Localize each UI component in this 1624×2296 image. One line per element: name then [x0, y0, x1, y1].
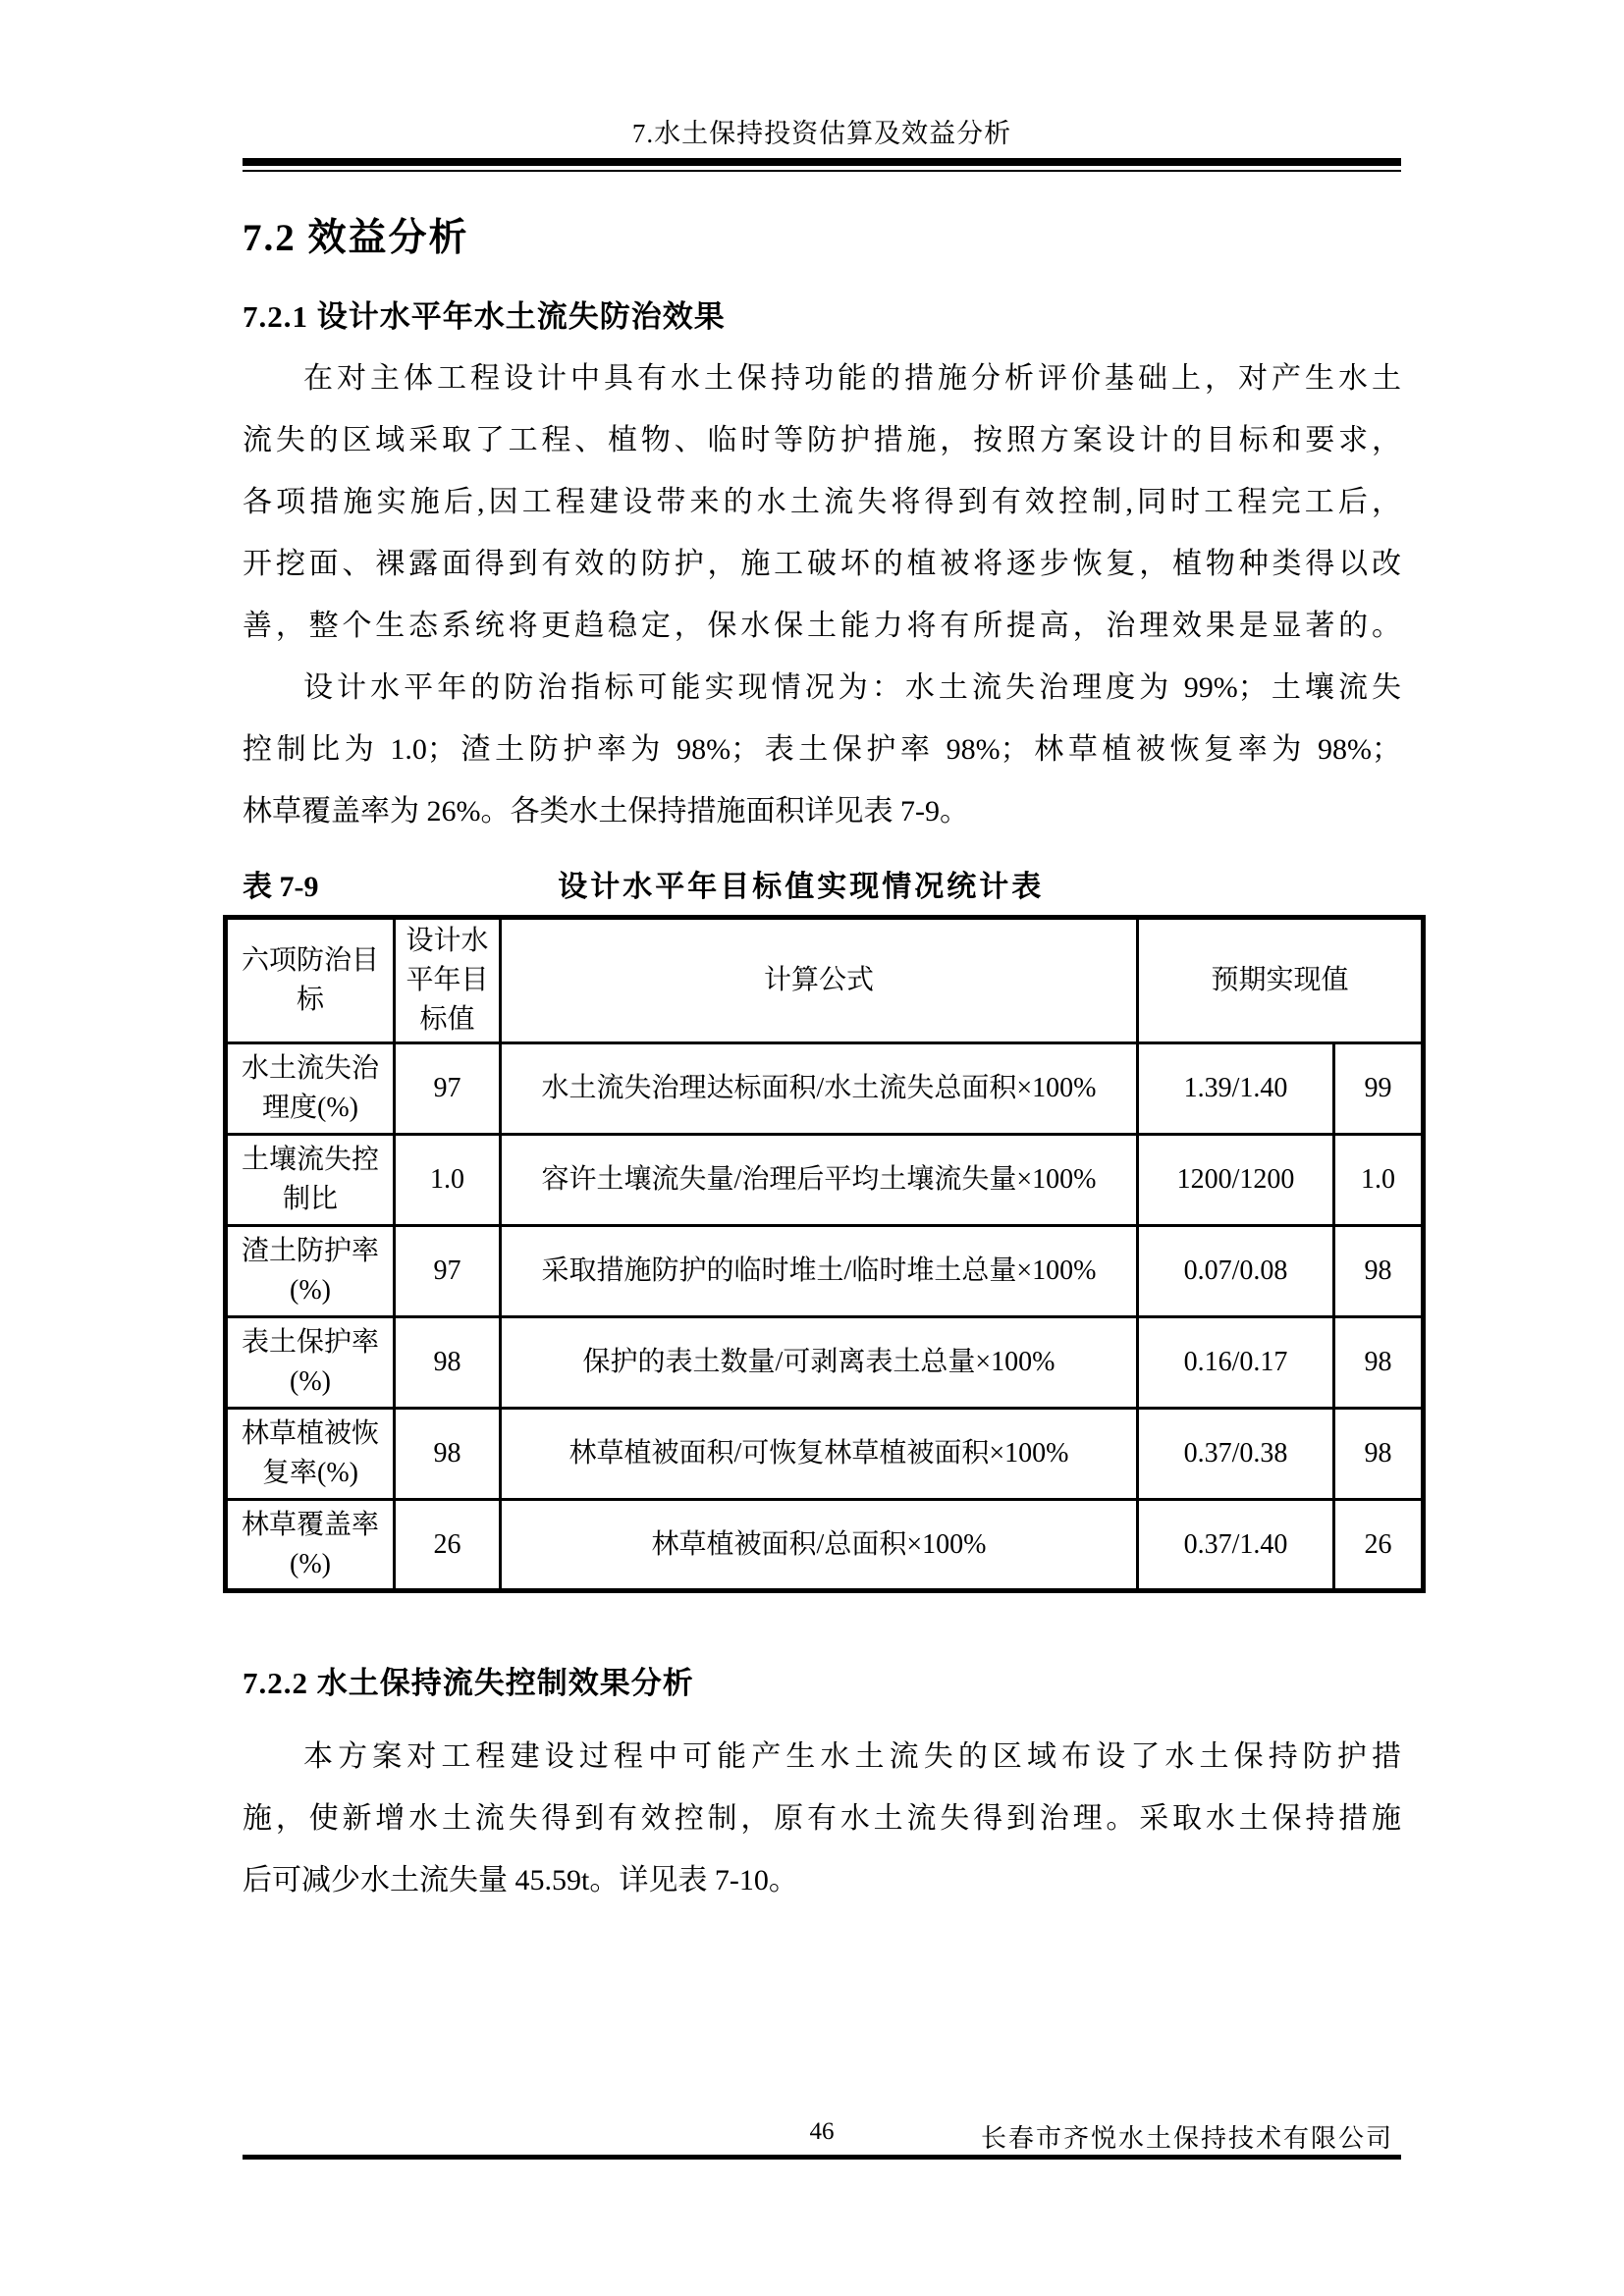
cell-achieved: 98 — [1334, 1317, 1424, 1409]
header-cell-expected: 预期实现值 — [1138, 918, 1424, 1043]
paragraph-line: 林草覆盖率为 26%。各类水土保持措施面积详见表 7-9。 — [243, 780, 1401, 842]
cell-formula: 保护的表土数量/可剥离表土总量×100% — [501, 1317, 1138, 1409]
cell-expected: 0.37/0.38 — [1138, 1409, 1334, 1500]
header-cell-goal: 设计水平年目标值 — [395, 918, 501, 1043]
document-page: 7.水土保持投资估算及效益分析 7.2 效益分析 7.2.1 设计水平年水土流失… — [0, 0, 1624, 2296]
footer-text-row: 46 长春市齐悦水土保持技术有限公司 — [243, 2118, 1401, 2154]
paragraph-line: 善，整个生态系统将更趋稳定，保水保土能力将有所提高，治理效果是显著的。 — [243, 595, 1401, 657]
cell-goal: 97 — [395, 1226, 501, 1317]
paragraph-line: 各项措施实施后,因工程建设带来的水土流失将得到有效控制,同时工程完工后， — [243, 471, 1401, 533]
cell-expected: 0.37/1.40 — [1138, 1500, 1334, 1591]
cell-achieved: 98 — [1334, 1409, 1424, 1500]
cell-goal: 98 — [395, 1409, 501, 1500]
cell-target: 林草覆盖率(%) — [226, 1500, 395, 1591]
cell-achieved: 99 — [1334, 1043, 1424, 1135]
paragraph-line: 开挖面、裸露面得到有效的防护，施工破坏的植被将逐步恢复，植物种类得以改 — [243, 533, 1401, 595]
cell-target: 土壤流失控制比 — [226, 1135, 395, 1226]
header-rule-thick — [243, 158, 1401, 166]
cell-goal: 97 — [395, 1043, 501, 1135]
header-cell-formula: 计算公式 — [501, 918, 1138, 1043]
paragraph-line: 本方案对工程建设过程中可能产生水土流失的区域布设了水土保持防护措 — [243, 1726, 1401, 1788]
table-header-row: 六项防治目标 设计水平年目标值 计算公式 预期实现值 — [226, 918, 1424, 1043]
table-row: 表土保护率(%) 98 保护的表土数量/可剥离表土总量×100% 0.16/0.… — [226, 1317, 1424, 1409]
cell-expected: 1.39/1.40 — [1138, 1043, 1334, 1135]
table-row: 林草植被恢复率(%) 98 林草植被面积/可恢复林草植被面积×100% 0.37… — [226, 1409, 1424, 1500]
cell-goal: 1.0 — [395, 1135, 501, 1226]
cell-formula: 林草植被面积/总面积×100% — [501, 1500, 1138, 1591]
cell-formula: 采取措施防护的临时堆土/临时堆土总量×100% — [501, 1226, 1138, 1317]
cell-achieved: 26 — [1334, 1500, 1424, 1591]
cell-formula: 林草植被面积/可恢复林草植被面积×100% — [501, 1409, 1138, 1500]
cell-target: 表土保护率(%) — [226, 1317, 395, 1409]
footer-rule — [243, 2155, 1401, 2160]
paragraph-line: 在对主体工程设计中具有水土保持功能的措施分析评价基础上，对产生水土 — [243, 347, 1401, 409]
subsection-title-721: 7.2.1 设计水平年水土流失防治效果 — [243, 292, 1401, 336]
subsection-title-722: 7.2.2 水土保持流失控制效果分析 — [243, 1658, 1401, 1702]
section-title: 7.2 效益分析 — [243, 207, 1401, 262]
cell-goal: 26 — [395, 1500, 501, 1591]
running-header-title: 7.水土保持投资估算及效益分析 — [243, 0, 1401, 150]
cell-target: 渣土防护率(%) — [226, 1226, 395, 1317]
statistics-table-wrapper: 六项防治目标 设计水平年目标值 计算公式 预期实现值 水土流失治理度(%) 97… — [223, 915, 1421, 1593]
cell-target: 水土流失治理度(%) — [226, 1043, 395, 1135]
table-caption: 表 7-9 设计水平年目标值实现情况统计表 — [243, 862, 1401, 905]
cell-formula: 水土流失治理达标面积/水土流失总面积×100% — [501, 1043, 1138, 1135]
cell-expected: 0.16/0.17 — [1138, 1317, 1334, 1409]
header-rule-thin — [243, 170, 1401, 172]
cell-achieved: 98 — [1334, 1226, 1424, 1317]
paragraph-line: 流失的区域采取了工程、植物、临时等防护措施，按照方案设计的目标和要求， — [243, 409, 1401, 471]
cell-expected: 0.07/0.08 — [1138, 1226, 1334, 1317]
header-cell-target: 六项防治目标 — [226, 918, 395, 1043]
footer-company-name: 长春市齐悦水土保持技术有限公司 — [981, 2118, 1393, 2155]
cell-expected: 1200/1200 — [1138, 1135, 1334, 1226]
cell-goal: 98 — [395, 1317, 501, 1409]
paragraph-line: 控制比为 1.0；渣土防护率为 98%；表土保护率 98%；林草植被恢复率为 9… — [243, 719, 1401, 780]
paragraph-line: 设计水平年的防治指标可能实现情况为：水土流失治理度为 99%；土壤流失 — [243, 657, 1401, 719]
table-caption-title: 设计水平年目标值实现情况统计表 — [319, 862, 1402, 905]
statistics-table: 六项防治目标 设计水平年目标值 计算公式 预期实现值 水土流失治理度(%) 97… — [223, 915, 1426, 1593]
cell-formula: 容许土壤流失量/治理后平均土壤流失量×100% — [501, 1135, 1138, 1226]
paragraph-2: 设计水平年的防治指标可能实现情况为：水土流失治理度为 99%；土壤流失 控制比为… — [243, 657, 1401, 842]
running-footer: 46 长春市齐悦水土保持技术有限公司 — [243, 2118, 1401, 2160]
paragraph-1: 在对主体工程设计中具有水土保持功能的措施分析评价基础上，对产生水土 流失的区域采… — [243, 347, 1401, 657]
table-caption-label: 表 7-9 — [243, 862, 319, 905]
table-row: 渣土防护率(%) 97 采取措施防护的临时堆土/临时堆土总量×100% 0.07… — [226, 1226, 1424, 1317]
paragraph-line: 施，使新增水土流失得到有效控制，原有水土流失得到治理。采取水土保持措施 — [243, 1788, 1401, 1849]
cell-achieved: 1.0 — [1334, 1135, 1424, 1226]
paragraph-line: 后可减少水土流失量 45.59t。详见表 7-10。 — [243, 1849, 1401, 1911]
table-row: 林草覆盖率(%) 26 林草植被面积/总面积×100% 0.37/1.40 26 — [226, 1500, 1424, 1591]
cell-target: 林草植被恢复率(%) — [226, 1409, 395, 1500]
paragraph-3: 本方案对工程建设过程中可能产生水土流失的区域布设了水土保持防护措 施，使新增水土… — [243, 1726, 1401, 1911]
table-row: 土壤流失控制比 1.0 容许土壤流失量/治理后平均土壤流失量×100% 1200… — [226, 1135, 1424, 1226]
table-row: 水土流失治理度(%) 97 水土流失治理达标面积/水土流失总面积×100% 1.… — [226, 1043, 1424, 1135]
page-content: 7.水土保持投资估算及效益分析 7.2 效益分析 7.2.1 设计水平年水土流失… — [0, 0, 1624, 1911]
